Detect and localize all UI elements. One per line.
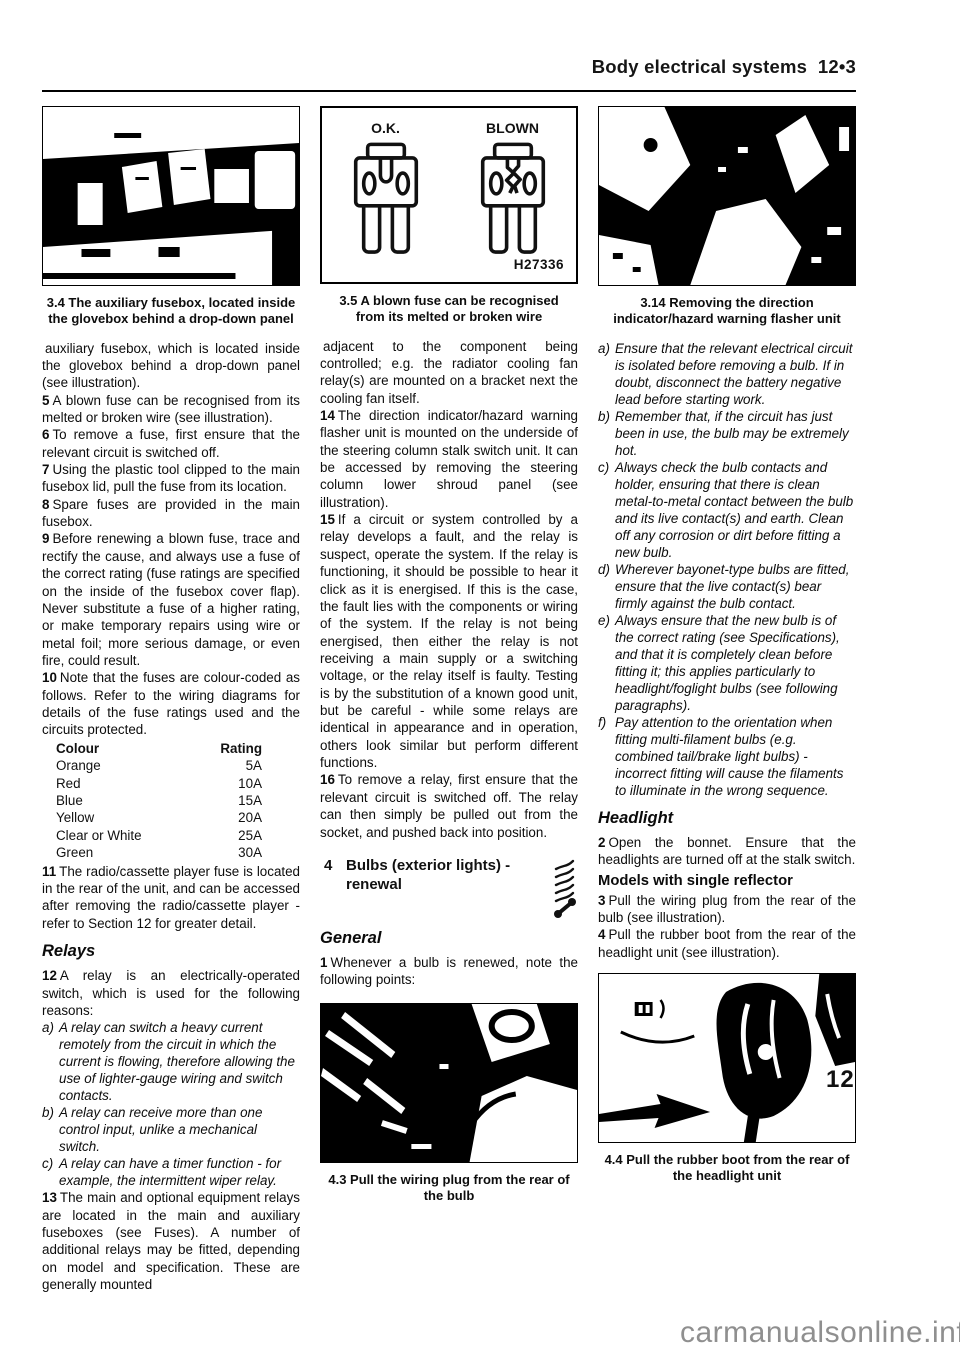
fuse-table-header: Colour Rating — [56, 740, 262, 757]
paragraph: 4Pull the rubber boot from the rear of t… — [598, 926, 856, 961]
paragraph-number: 15 — [320, 512, 338, 527]
section-4-heading: 4 Bulbs (exterior lights) - renewal — [320, 857, 578, 919]
list-item: b)A relay can receive more than one cont… — [42, 1104, 300, 1155]
paragraph: 12A relay is an electrically-operated sw… — [42, 967, 300, 1019]
paragraph: 7Using the plastic tool clipped to the m… — [42, 461, 300, 496]
figure-reference-code: H27336 — [514, 257, 564, 272]
table-row: Red10A — [56, 775, 262, 792]
fuse-blown-label: BLOWN — [449, 120, 576, 136]
paragraph-number: 7 — [42, 462, 52, 477]
list-item: e)Always ensure that the new bulb is of … — [598, 612, 856, 714]
paragraph-number: 3 — [598, 893, 608, 908]
paragraph: 1Whenever a bulb is renewed, note the fo… — [320, 954, 578, 989]
section-title: Bulbs (exterior lights) - renewal — [346, 857, 518, 895]
list-item: d)Wherever bayonet-type bulbs are fitted… — [598, 561, 856, 612]
fuse-ok-label: O.K. — [322, 120, 449, 136]
paragraph-number: 16 — [320, 772, 338, 787]
fusebox-photo-image — [43, 107, 299, 285]
paragraph-number: 2 — [598, 835, 608, 850]
watermark-text: carmanualsonline.info — [680, 1316, 960, 1350]
paragraph: 2Open the bonnet. Ensure that the headli… — [598, 834, 856, 869]
paragraph: 16To remove a relay, first ensure that t… — [320, 771, 578, 840]
paragraph: 14The direction indicator/hazard warning… — [320, 407, 578, 511]
flasher-unit-photo-image — [599, 107, 855, 285]
relays-heading: Relays — [42, 942, 300, 961]
table-row: Green30A — [56, 844, 262, 861]
list-item: c)Always check the bulb contacts and hol… — [598, 459, 856, 561]
paragraph-number: 1 — [320, 955, 330, 970]
section-number: 4 — [320, 857, 346, 874]
figure-3-14-photo — [598, 106, 856, 286]
paragraph-number: 8 — [42, 497, 52, 512]
fuse-blown-drawing — [469, 142, 557, 260]
page-header: Body electrical systems 12•3 — [0, 0, 960, 78]
manual-page: Body electrical systems 12•3 — [0, 0, 960, 1362]
paragraph: 8Spare fuses are provided in the main fu… — [42, 496, 300, 531]
paragraph-number: 13 — [42, 1190, 60, 1205]
general-heading: General — [320, 929, 578, 948]
paragraph: 9Before renewing a blown fuse, trace and… — [42, 530, 300, 669]
chapter-title: Body electrical systems — [592, 56, 807, 77]
figure-3-14-caption: 3.14 Removing the direction indicator/ha… — [602, 295, 852, 328]
table-row: Yellow20A — [56, 809, 262, 826]
figure-3-5-caption: 3.5 A blown fuse can be recognised from … — [324, 293, 574, 326]
paragraph: 5A blown fuse can be recognised from its… — [42, 392, 300, 427]
list-item: c)A relay can have a timer function - fo… — [42, 1155, 300, 1189]
difficulty-spanner-icon — [552, 857, 578, 919]
headlight-heading: Headlight — [598, 809, 856, 828]
paragraph-number: 10 — [42, 670, 60, 685]
page-number-ref: 12•3 — [818, 56, 856, 77]
fuse-ok-drawing — [342, 142, 430, 260]
figure-3-4-photo — [42, 106, 300, 286]
paragraph: auxiliary fusebox, which is located insi… — [42, 340, 300, 392]
paragraph-number: 11 — [42, 864, 59, 879]
figure-4-4-photo — [598, 973, 856, 1143]
list-item: b)Remember that, if the circuit has just… — [598, 408, 856, 459]
paragraph: 10Note that the fuses are colour-coded a… — [42, 669, 300, 738]
list-item: a)A relay can switch a heavy current rem… — [42, 1019, 300, 1104]
paragraph: 6To remove a fuse, first ensure that the… — [42, 426, 300, 461]
paragraph-number: 9 — [42, 531, 52, 546]
paragraph-number: 5 — [42, 393, 52, 408]
figure-3-4-caption: 3.4 The auxiliary fusebox, located insid… — [46, 295, 296, 328]
colour-header: Colour — [56, 740, 99, 757]
paragraph-number: 14 — [320, 408, 338, 423]
fuse-colour-table: Colour Rating Orange5A Red10A Blue15A Ye… — [56, 740, 262, 862]
paragraph: 15If a circuit or system controlled by a… — [320, 511, 578, 771]
table-row: Clear or White25A — [56, 827, 262, 844]
table-row: Blue15A — [56, 792, 262, 809]
paragraph-number: 6 — [42, 427, 52, 442]
figure-3-5-diagram: O.K. BLOWN — [320, 106, 578, 284]
right-column: 3.14 Removing the direction indicator/ha… — [598, 106, 856, 1197]
paragraph-number: 12 — [42, 968, 60, 983]
middle-column: O.K. BLOWN — [320, 106, 578, 1216]
rating-header: Rating — [220, 740, 262, 757]
figure-4-3-photo — [320, 1003, 578, 1163]
paragraph: adjacent to the component being controll… — [320, 338, 578, 407]
paragraph: 11The radio/cassette player fuse is loca… — [42, 863, 300, 932]
page-title: Body electrical systems 12•3 — [592, 56, 856, 77]
list-item: a)Ensure that the relevant electrical ci… — [598, 340, 856, 408]
figure-4-4-caption: 4.4 Pull the rubber boot from the rear o… — [602, 1152, 852, 1185]
left-column: 3.4 The auxiliary fusebox, located insid… — [42, 106, 300, 1294]
single-reflector-heading: Models with single reflector — [598, 873, 856, 889]
list-item: f)Pay attention to the orientation when … — [598, 714, 856, 799]
paragraph: 13The main and optional equipment relays… — [42, 1189, 300, 1293]
wiring-plug-photo-image — [321, 1004, 577, 1162]
chapter-tab-number: 12 — [826, 1066, 855, 1094]
paragraph-number: 4 — [598, 927, 608, 942]
table-row: Orange5A — [56, 757, 262, 774]
paragraph: 3Pull the wiring plug from the rear of t… — [598, 892, 856, 927]
figure-4-3-caption: 4.3 Pull the wiring plug from the rear o… — [324, 1172, 574, 1205]
rubber-boot-photo-image — [599, 974, 855, 1142]
